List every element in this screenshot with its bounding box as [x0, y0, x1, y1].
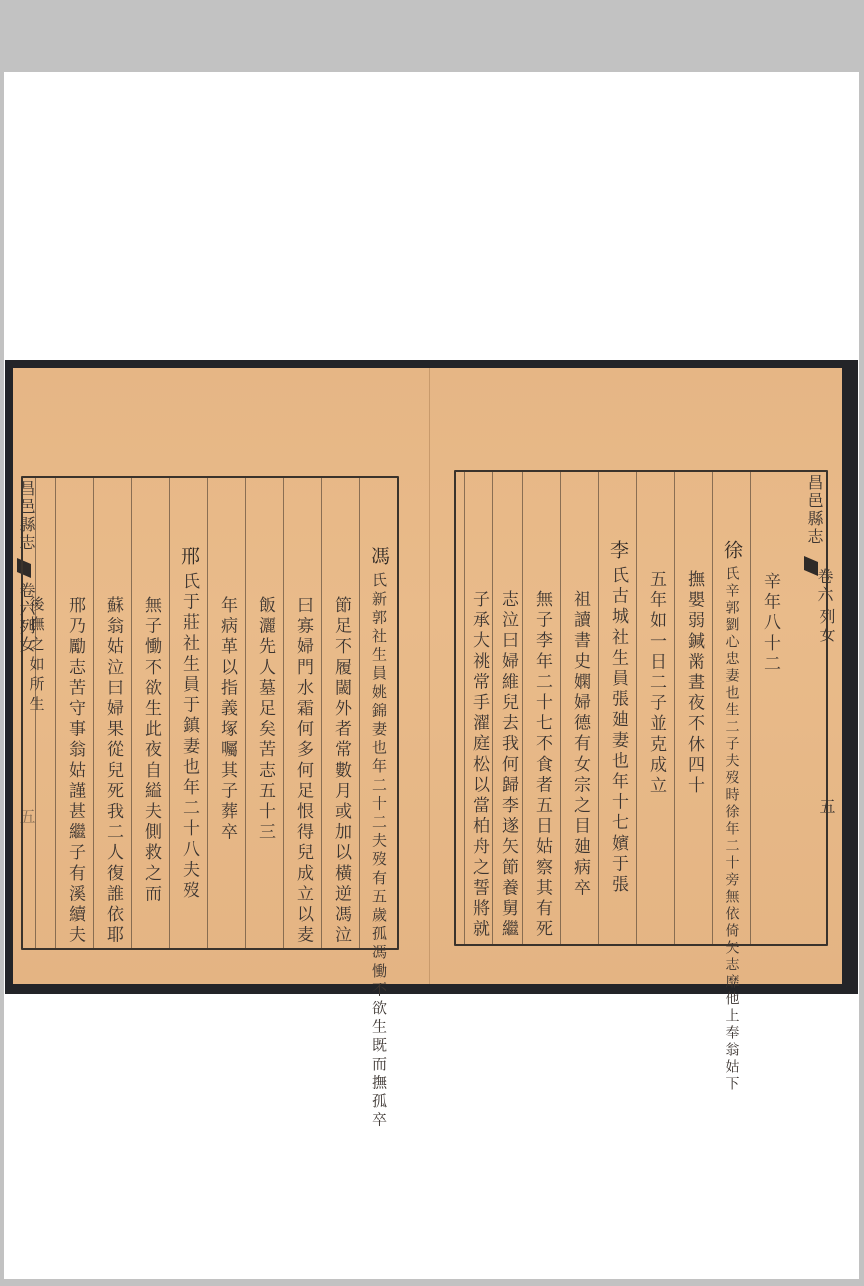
column: 邢 氏于莊社生員于鎮妻也年二十八夫歿	[169, 478, 207, 948]
column: 曰寡婦門水霜何多何足恨得兒成立以麦	[283, 478, 321, 948]
left-page: 昌邑縣志 卷六 列女 五 馮 氏新郭社生員姚錦妻也年二十二夫歿有五歲孤馮慟不欲生…	[13, 368, 430, 984]
left-text-frame: 馮 氏新郭社生員姚錦妻也年二十二夫歿有五歲孤馮慟不欲生既而撫孤卒 節足不履閾外者…	[21, 476, 399, 950]
column: 徐 氏辛郭劉心忠妻也生二子夫歿時徐年二十旁無依倚矢志靡他上奉翁姑下	[712, 472, 750, 944]
column: 志泣曰婦維兒去我何歸李遂矢節養舅繼	[492, 472, 522, 944]
column: 無子慟不欲生此夜自縊夫側救之而	[131, 478, 169, 948]
column: 辛年八十二	[750, 472, 788, 944]
column: 五年如一日二子並克成立	[636, 472, 674, 944]
column: 蘇翁姑泣曰婦果從兒死我二人復誰依耶	[93, 478, 131, 948]
book-scan-image: 昌邑縣志 卷六 列女 五 馮 氏新郭社生員姚錦妻也年二十二夫歿有五歲孤馮慟不欲生…	[5, 360, 858, 994]
column: 祖讀書史嫻婦德有女宗之目廸病卒	[560, 472, 598, 944]
column: 撫嬰弱鍼黹晝夜不休四十	[674, 472, 712, 944]
right-page: 昌邑縣志 卷六 列女 五 辛年八十二 徐 氏辛郭劉心忠妻也生二子夫歿時徐年二十旁…	[429, 368, 842, 984]
column: 邢乃勵志苦守事翁姑謹甚繼子有溪續夫	[55, 478, 93, 948]
column: 子承大祧常手濯庭松以當柏舟之誓將就	[464, 472, 492, 944]
column: 李 氏古城社生員張廸妻也年十七嬪于張	[598, 472, 636, 944]
column: 無子李年二十七不食者五日姑察其有死	[522, 472, 560, 944]
column: 飯灑先人墓足矣苦志五十三	[245, 478, 283, 948]
column: 節足不履閾外者常數月或加以橫逆馮泣	[321, 478, 359, 948]
right-text-frame: 辛年八十二 徐 氏辛郭劉心忠妻也生二子夫歿時徐年二十旁無依倚矢志靡他上奉翁姑下 …	[454, 470, 828, 946]
column: 年病革以指義塚囑其子葬卒	[207, 478, 245, 948]
column: 後撫之如所生	[35, 478, 55, 948]
column: 馮 氏新郭社生員姚錦妻也年二十二夫歿有五歲孤馮慟不欲生既而撫孤卒	[359, 478, 397, 948]
